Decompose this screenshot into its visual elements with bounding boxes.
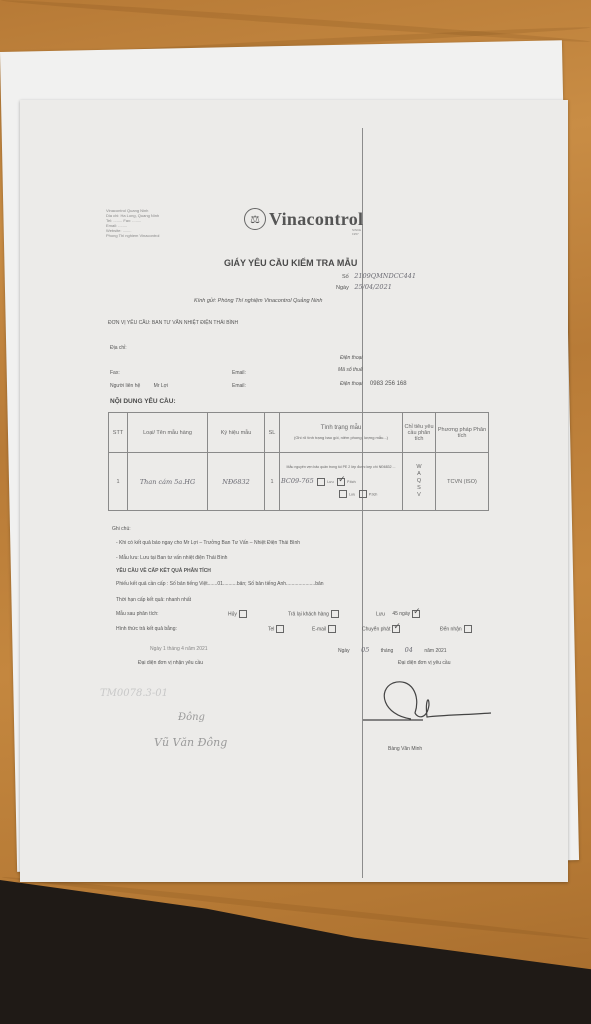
tel-label: Tel (268, 626, 274, 632)
checkbox-ptich[interactable] (337, 478, 345, 486)
wood-grain (1, 0, 591, 45)
dia-chi-label: Địa chỉ: (110, 345, 127, 351)
chuyen-phat-option[interactable]: Chuyển phát (362, 625, 402, 633)
chi-tieu-item: S (404, 485, 434, 492)
tra-lai-option[interactable]: Trả lại khách hàng (288, 610, 341, 618)
logo-subtext: SINCE 1957 (352, 228, 363, 236)
document-title: GIÁY YÊU CẦU KIỂM TRA MẪU (224, 258, 357, 268)
checkbox-email[interactable] (328, 625, 336, 633)
dien-thoai2-value: 0983 256 168 (370, 381, 407, 387)
checkbox-chuyen-phat[interactable] (392, 625, 400, 633)
right-date: Ngày 05 tháng 04 năm 2021 (338, 646, 447, 654)
seal-number: BC09-765 (281, 477, 314, 485)
email-label: Email: (232, 370, 246, 376)
checkbox-den-nhan[interactable] (464, 625, 472, 633)
opt-luu: Lưu (327, 480, 333, 484)
nguoi-lien-he: Người liên hệ Mr Lợi (110, 383, 168, 389)
nguoi-lien-he-label: Người liên hệ (110, 383, 140, 389)
so-value: 2109QMNDCC441 (354, 272, 416, 280)
right-signer-name: Bàng Văn Minh (388, 746, 422, 752)
logo-text: Vinacontrol (269, 209, 363, 230)
checkbox-ptich-2[interactable] (359, 490, 367, 498)
cell-ten: Than cám 5a.HG (128, 453, 208, 511)
den-nhan-label: Đến nhận (440, 626, 462, 632)
dark-cloth-background (0, 880, 591, 1024)
header-tinh-trang: Tình trạng mẫu (Ghi rõ tình trạng bao gó… (280, 413, 403, 453)
cell-tinh-trang: Mẫu nguyên vẹn bảo quản trong túi PE 2 l… (280, 453, 403, 511)
cell-phuong-phap: TCVN (ISO) (436, 453, 489, 511)
nguoi-lien-he-value: Mr Lợi (154, 383, 168, 389)
chi-tieu-item: V (404, 492, 434, 499)
header-chi-tieu: Chỉ tiêu yêu cầu phân tích (403, 413, 436, 453)
email2-label: Email: (232, 383, 246, 389)
checkbox-tel[interactable] (276, 625, 284, 633)
header-tinh-trang-note: (Ghi rõ tình trạng bao gói, niêm phong, … (281, 435, 401, 440)
cell-stt: 1 (109, 453, 128, 511)
dien-thoai2-label: Điện thoại (340, 381, 363, 387)
opt-luu-2: Lưu (349, 492, 355, 496)
left-handwriting-signature: Đông (178, 712, 205, 723)
email-option-label: E-mail (312, 626, 326, 632)
cell-chi-tieu: W A Q S V (403, 453, 436, 511)
checkbox-luu[interactable] (317, 478, 325, 486)
ghi-chu-label: Ghi chú: (112, 526, 131, 532)
noi-dung-label: NỘI DUNG YÊU CẦU: (110, 398, 176, 405)
so-field: Số 2109QMNDCC441 (342, 272, 416, 280)
ngay-value: 25/04/2021 (354, 283, 391, 291)
right-date-ngay: Ngày (338, 648, 350, 654)
vinacontrol-logo: ⚖ Vinacontrol SINCE 1957 (244, 208, 363, 230)
dien-thoai-label: Điện thoại (340, 355, 363, 361)
huy-option[interactable]: Hủy (228, 610, 249, 618)
ghi-chu-line: - Khi có kết quả báo ngay cho Mr Lợi – T… (116, 540, 300, 546)
ghi-chu-line: - Mẫu lưu: Lưu tại Ban tư vấn nhiệt điện… (116, 555, 227, 561)
ma-so-thue-label: Mã số thuế (338, 367, 363, 373)
mau-sau-label: Mẫu sau phân tích: (116, 611, 159, 617)
right-date-month: 04 (405, 646, 413, 654)
scales-icon: ⚖ (244, 208, 266, 230)
checkbox-huy[interactable] (239, 610, 247, 618)
so-label: Số (342, 274, 349, 280)
chuyen-phat-label: Chuyển phát (362, 626, 390, 632)
den-nhan-option[interactable]: Đến nhận (440, 625, 474, 633)
request-table: STT Loại/ Tên mẫu hàng Ký hiệu mẫu SL Tì… (108, 412, 489, 511)
chi-tieu-item: W (404, 464, 434, 471)
hinh-thuc-label: Hình thức trả kết quả bằng: (116, 626, 177, 632)
header-sl: SL (265, 413, 280, 453)
cell-ky-hieu: NĐ6832 (208, 453, 265, 511)
left-handwriting-name: Vũ Văn Đông (154, 736, 227, 749)
checkbox-luu-2[interactable] (339, 490, 347, 498)
header-tinh-trang-label: Tình trạng mẫu (281, 425, 401, 431)
chi-tieu-item: Q (404, 478, 434, 485)
header-ky-hieu: Ký hiệu mẫu (208, 413, 265, 453)
checkbox-luu-option[interactable] (412, 610, 420, 618)
email-option[interactable]: E-mail (312, 625, 338, 633)
document-page: Vinacontrol Quang Ninh Dia chi: Ha Long,… (20, 100, 568, 882)
right-date-nam: năm 2021 (424, 648, 446, 654)
signature-mark (363, 675, 493, 725)
phieu-line: Phiếu kết quả cần cấp : Số bản tiếng Việ… (116, 581, 324, 587)
tel-option[interactable]: Tel (268, 625, 286, 633)
company-info-line: Phong Thi nghiem Vinacontrol (106, 233, 159, 238)
ngay-field: Ngày 25/04/2021 (336, 283, 392, 291)
left-handwriting-code: TM0078.3-01 (100, 688, 168, 699)
thoi-han: Thời hạn cấp kết quả: nhanh nhất (116, 597, 191, 603)
luu-label: Lưu (376, 611, 385, 617)
don-vi-yeu-cau: ĐƠN VỊ YÊU CẦU: BAN TƯ VẤN NHIỆT ĐIỆN TH… (108, 320, 238, 326)
yeu-cau-label: YÊU CẦU VỀ CẤP KẾT QUẢ PHÂN TÍCH (116, 568, 211, 574)
fax-label: Fax: (110, 370, 120, 376)
header-phuong-phap: Phương pháp Phân tích (436, 413, 489, 453)
company-info: Vinacontrol Quang Ninh Dia chi: Ha Long,… (106, 208, 159, 238)
chi-tieu-item: A (404, 471, 434, 478)
left-sign-label: Đại diện đơn vị nhận yêu cầu (138, 660, 203, 666)
right-date-day: 05 (361, 646, 369, 654)
right-sign-label: Đại diện đơn vị yêu cầu (398, 660, 450, 666)
header-stt: STT (109, 413, 128, 453)
luu-option[interactable]: Lưu 45 ngày (376, 610, 422, 618)
checkbox-tra-lai[interactable] (331, 610, 339, 618)
dien-thoai2: Điện thoại 0983 256 168 (340, 381, 407, 387)
header-ten: Loại/ Tên mẫu hàng (128, 413, 208, 453)
status-text: Mẫu nguyên vẹn bảo quản trong túi PE 2 l… (281, 465, 401, 469)
kinh-gui: Kính gửi: Phòng Thí nghiệm Vinacontrol Q… (194, 298, 322, 304)
table-row: 1 Than cám 5a.HG NĐ6832 1 Mẫu nguyên vẹn… (109, 453, 489, 511)
left-date: Ngày 1 tháng 4 năm 2021 (150, 646, 208, 652)
huy-label: Hủy (228, 611, 237, 617)
right-date-thang: tháng (381, 648, 394, 654)
opt-ptich: P.tích (347, 480, 356, 484)
tra-lai-label: Trả lại khách hàng (288, 611, 329, 617)
opt-ptich-2: P.tích (369, 492, 378, 496)
ngay-label: Ngày (336, 285, 349, 291)
cell-sl: 1 (265, 453, 280, 511)
luu-days: 45 ngày (392, 611, 410, 617)
